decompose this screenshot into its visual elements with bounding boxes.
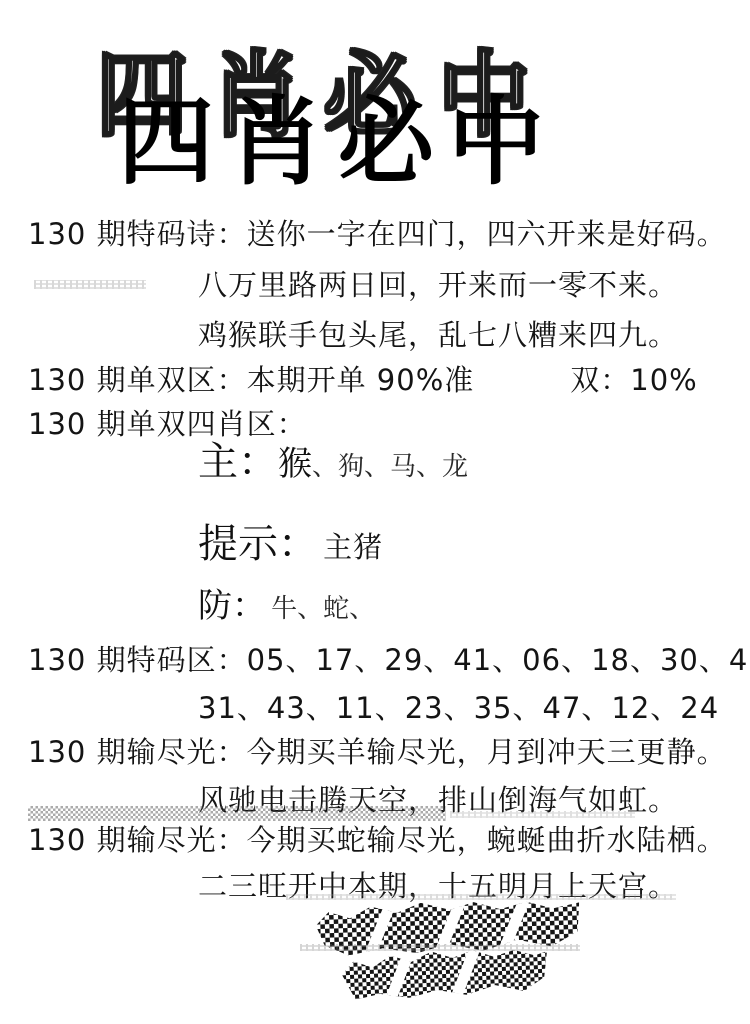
shujinguang1-label: 130 期输尽光： [28,735,247,769]
tema-qu-label: 130 期特码区： [28,643,247,677]
zhu-other-animals: 、狗、马、龙 [312,452,468,482]
fang-label: 防： [198,586,266,626]
redacted-overline-dots-2 [300,944,580,951]
shujinguang2-line1: 130 期输尽光：今期买蛇输尽光，蜿蜒曲折水陆栖。 [28,818,727,859]
shujinguang1-line1: 130 期输尽光：今期买羊输尽光，月到冲天三更静。 [28,730,727,771]
tema-shi-label: 130 期特码诗： [28,217,247,251]
tema-shi-line1: 130 期特码诗：送你一字在四门，四六开来是好码。 [28,212,727,253]
redact-gap [450,943,482,1003]
tema-shi-verse1: 送你一字在四门，四六开来是好码。 [247,217,727,251]
redacted-overline-dots [286,894,676,900]
zhu-label: 主： [198,439,278,485]
tip-sheet-page: 四肖必中 四肖必中 130 期特码诗：送你一字在四门，四六开来是好码。 八万里路… [0,0,750,1024]
zhu-main-animal: 猴 [278,444,312,484]
tema-qu-numbers2: 31、43、11、23、35、47、12、24 [198,686,719,727]
print-noise-tail [450,811,635,818]
tema-qu-numbers1: 05、17、29、41、06、18、30、42、07、19、 [247,643,750,677]
page-title: 四肖必中 [118,66,558,203]
sixiao-fang-line: 防： 牛、蛇、 [198,578,375,627]
danshuang-dan: 本期开单 90%准 [247,363,475,397]
shujinguang2-verse1: 今期买蛇输尽光，蜿蜒曲折水陆栖。 [247,823,727,857]
tema-shi-line3: 鸡猴联手包头尾，乱七八糟来四九。 [198,313,678,354]
fang-animals: 牛、蛇、 [271,594,375,624]
redact-gap [384,947,416,1007]
tishi-label: 提示： [198,521,318,567]
redacted-block-2 [341,945,549,1002]
danshuang-label: 130 期单双区： [28,363,247,397]
sixiao-zhu-line: 主：猴、狗、马、龙 [198,430,468,487]
shujinguang1-verse1: 今期买羊输尽光，月到冲天三更静。 [247,735,727,769]
danshuang-shuang: 双：10% [570,363,697,397]
tishi-value: 主猪 [323,530,383,564]
danshuang-line: 130 期单双区：本期开单 90%准双：10% [28,358,698,399]
tema-qu-line1: 130 期特码区：05、17、29、41、06、18、30、42、07、19、 [28,638,750,679]
shujinguang2-label: 130 期输尽光： [28,823,247,857]
sixiao-tishi-line: 提示： 主猪 [198,512,383,569]
faded-smudge [34,280,146,289]
tema-shi-line2: 八万里路两日回，开来而一零不来。 [198,263,678,304]
redact-gap [362,899,397,963]
